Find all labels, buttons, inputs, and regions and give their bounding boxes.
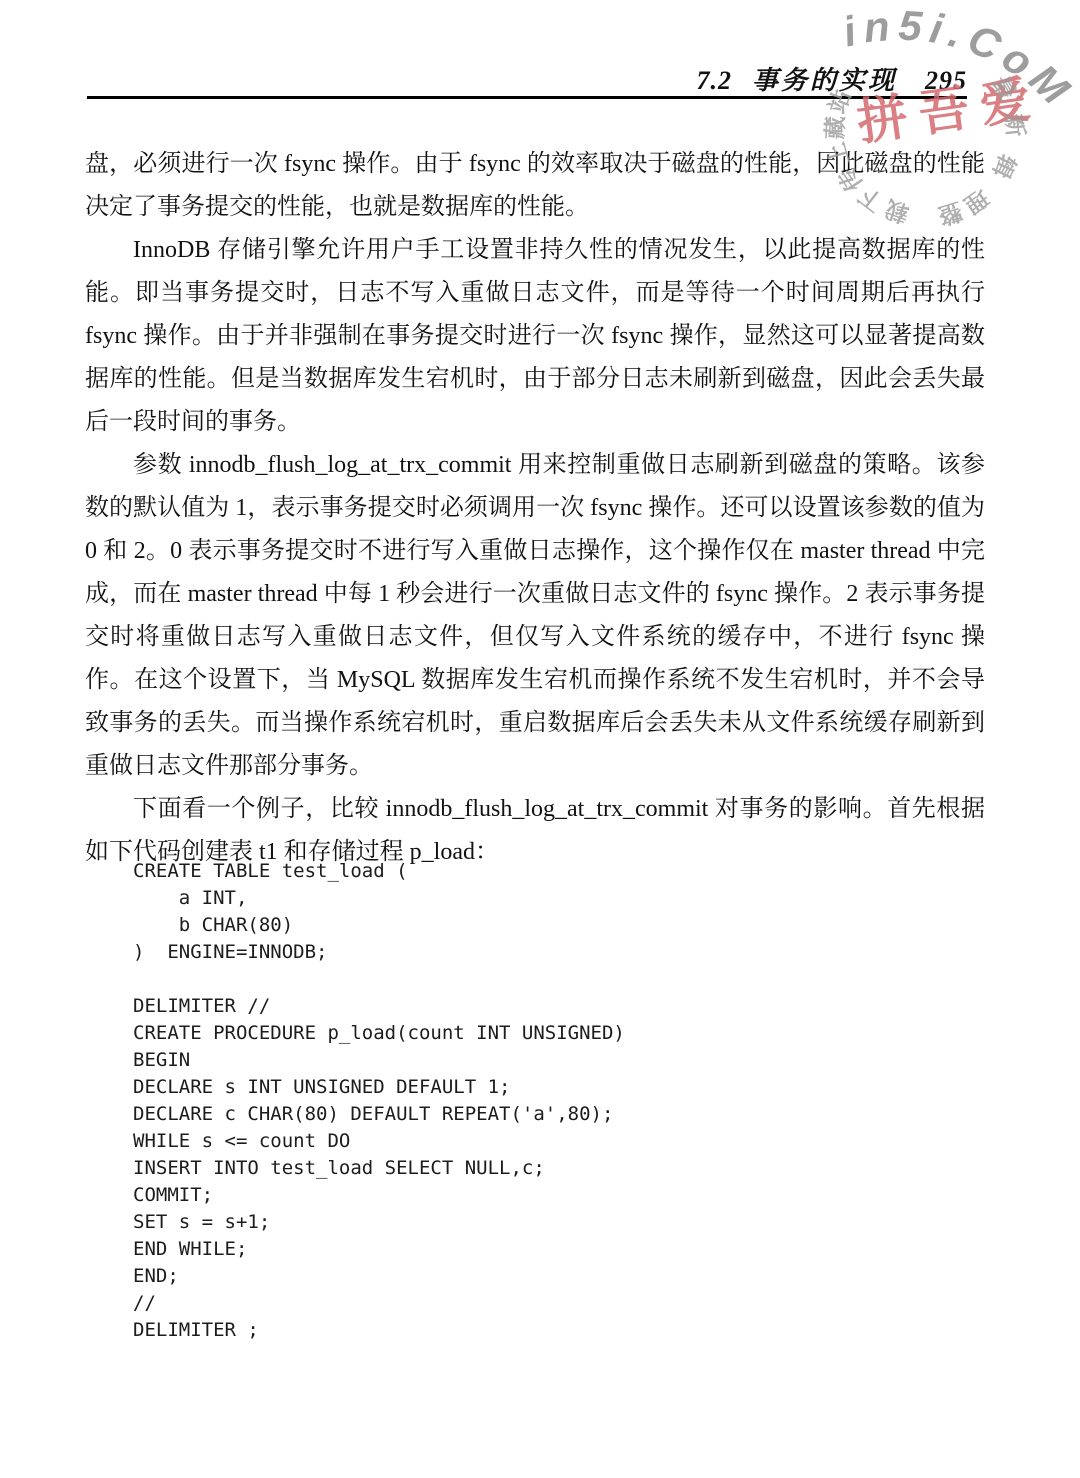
code-block: CREATE TABLE test_load ( a INT, b CHAR(8…	[133, 858, 625, 1344]
watermark-ring-char: 藏	[822, 116, 849, 140]
section-number: 7.2	[696, 66, 732, 95]
body-text: 盘，必须进行一次 fsync 操作。由于 fsync 的效率取决于磁盘的性能，因…	[85, 143, 985, 874]
paragraph-2: InnoDB 存储引擎允许用户手工设置非持久性的情况发生，以此提高数据库的性能。…	[85, 229, 985, 444]
watermark-ring-char: 辑	[988, 150, 1022, 183]
watermark-ring-char: 新	[1001, 112, 1029, 138]
watermark-ring-char: 最	[987, 72, 1021, 105]
section-title: 事务的实现	[752, 66, 897, 95]
page-header: 7.2事务的实现295	[87, 60, 967, 97]
paragraph-1: 盘，必须进行一次 fsync 操作。由于 fsync 的效率取决于磁盘的性能，因…	[85, 143, 985, 229]
page-number: 295	[925, 66, 967, 95]
header-rule	[87, 96, 967, 99]
paragraph-3: 参数 innodb_flush_log_at_trx_commit 用来控制重做…	[85, 444, 985, 788]
